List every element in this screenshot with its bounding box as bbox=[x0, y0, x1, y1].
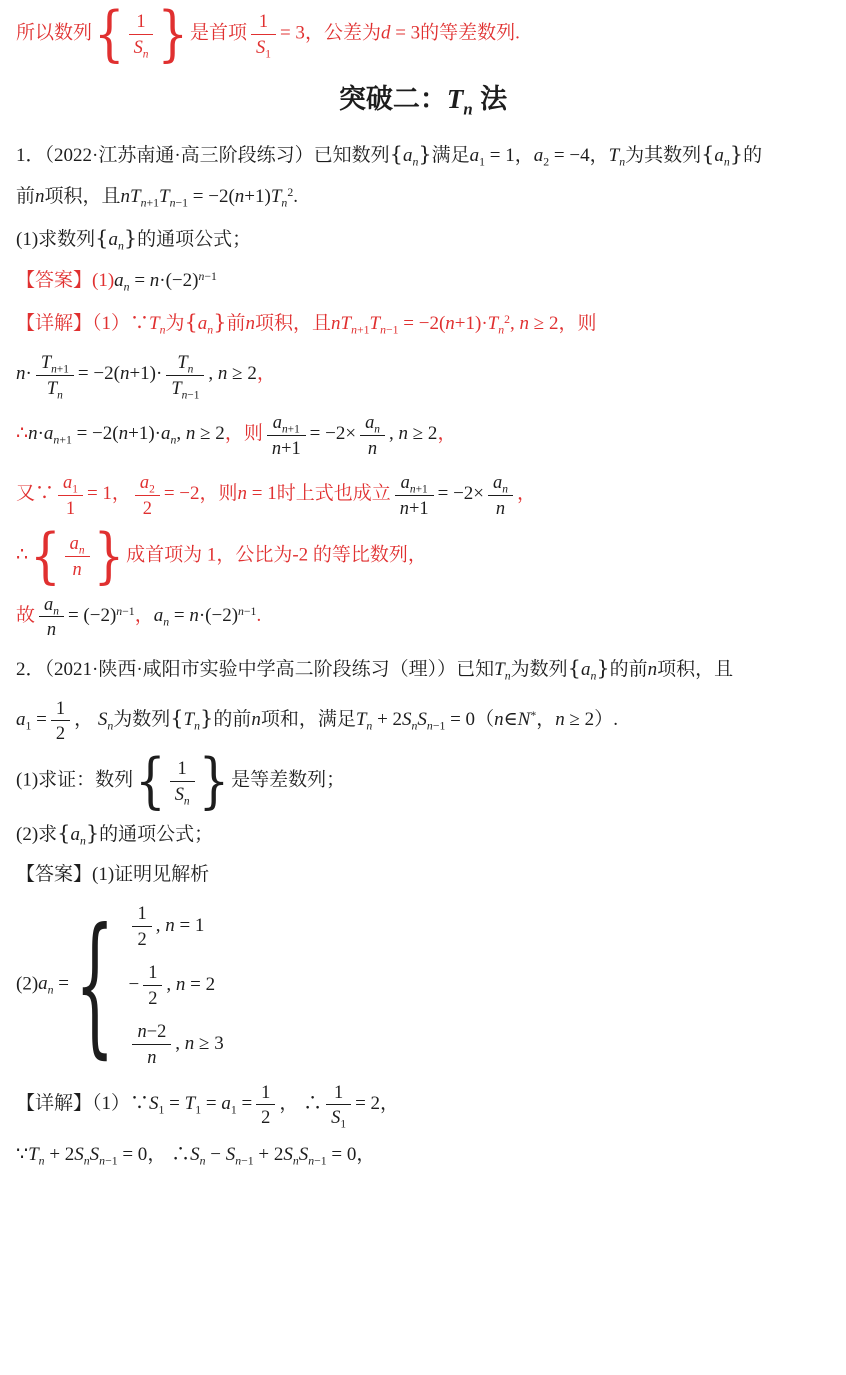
text-run: 前 bbox=[226, 313, 245, 334]
solution-eq-recurrence: ∴n·an+1 = −2(n+1)·an, n ≥ 2，则an+1n+1= −2… bbox=[16, 411, 830, 458]
cases-row: n−2n, n ≥ 3 bbox=[118, 1020, 223, 1067]
text-run: 为 bbox=[165, 313, 184, 334]
fraction-numerator: an+1 bbox=[267, 411, 306, 436]
math-run: a1 = 1 bbox=[470, 145, 515, 166]
text-run: ， bbox=[590, 145, 609, 166]
text-run: (1) bbox=[92, 270, 114, 291]
fraction: ann bbox=[65, 532, 90, 579]
fraction-numerator: 1 bbox=[129, 10, 154, 35]
braced-fraction: {1Sn} bbox=[135, 757, 229, 805]
text-run: ， bbox=[135, 605, 154, 626]
text-run: 满足 bbox=[432, 145, 470, 166]
problem-2-part-2: (2)求{an}的通项公式； bbox=[16, 818, 830, 849]
fraction-denominator: Sn bbox=[170, 782, 195, 805]
fraction-numerator: 1 bbox=[132, 902, 151, 927]
math-run: = −2× bbox=[310, 423, 356, 444]
solution-eq-initial-check: 又∵a11= 1，a22= −2，则n = 1时上式也成立an+1n+1= −2… bbox=[16, 471, 830, 518]
problem-2-solution-eq: ∵Tn + 2SnSn−1 = 0， ∴Sn − Sn−1 + 2SnSn−1 … bbox=[16, 1141, 830, 1169]
fraction: a22 bbox=[135, 471, 160, 518]
text-run: ∴ bbox=[16, 544, 28, 565]
text-run: ， ∴ bbox=[279, 1093, 322, 1114]
fraction: 12 bbox=[256, 1081, 275, 1128]
fraction: TnTn−1 bbox=[166, 351, 204, 398]
math-run: S1 = T1 = a1 = bbox=[149, 1093, 252, 1114]
math-run: , n ≥ 2 bbox=[389, 423, 437, 444]
math-run: d = 3 bbox=[381, 22, 420, 43]
problem-1-answer: 【答案】(1)an = n·(−2)n−1 bbox=[16, 267, 830, 295]
problem-1-solution-intro: 【详解】（1）∵Tn为{an}前n项积，且nTn+1Tn−1 = −2(n+1)… bbox=[16, 307, 830, 338]
math-run: {an} bbox=[568, 659, 610, 680]
fraction: 1Sn bbox=[170, 757, 195, 804]
problem-1-part-1: (1)求数列{an}的通项公式； bbox=[16, 223, 830, 254]
fraction-denominator: n bbox=[360, 436, 385, 459]
math-content: 所以数列{1Sn}是首项1S1= 3，公差为d = 3的等差数列.突破二：Tn … bbox=[0, 0, 846, 1169]
math-run: Tn bbox=[609, 145, 625, 166]
fraction-numerator: 1 bbox=[170, 757, 195, 782]
left-brace: { bbox=[135, 751, 166, 811]
math-run: n· bbox=[16, 363, 32, 384]
text-run: 项积，且 bbox=[657, 659, 733, 680]
fraction-numerator: 1 bbox=[326, 1081, 351, 1106]
section-title: 突破二：Tn 法 bbox=[16, 80, 830, 119]
text-run: ，则 bbox=[558, 313, 596, 334]
fraction-denominator: Sn bbox=[129, 35, 154, 58]
fraction-denominator: S1 bbox=[326, 1105, 351, 1128]
text-run: （ bbox=[475, 709, 494, 730]
fraction: ann bbox=[39, 593, 64, 640]
solution-geometric-conclusion: ∴{ann}成首项为 1，公比为-2 的等比数列， bbox=[16, 532, 830, 580]
math-run: n bbox=[35, 186, 45, 207]
text-run: 为其数列 bbox=[625, 145, 701, 166]
text-run: ， bbox=[356, 1144, 375, 1165]
right-brace: } bbox=[94, 526, 125, 586]
text-run: 【详解】（1）∵ bbox=[16, 1093, 149, 1114]
fraction-numerator: 1 bbox=[251, 10, 276, 35]
text-run: 的 bbox=[743, 145, 762, 166]
fraction-numerator: an bbox=[39, 593, 64, 618]
math-run: n bbox=[246, 313, 256, 334]
fraction-numerator: Tn bbox=[166, 351, 204, 376]
text-run: 【答案】(1)证明见解析 bbox=[16, 864, 209, 885]
text-run: 突破二： bbox=[339, 84, 447, 114]
math-run: n bbox=[251, 709, 261, 730]
fraction-denominator: n bbox=[488, 496, 513, 519]
fraction-denominator: Tn bbox=[36, 376, 74, 399]
fraction-denominator: 2 bbox=[143, 986, 162, 1009]
problem-2-answer-piecewise: (2)an ={12, n = 1−12, n = 2n−2n, n ≥ 3 bbox=[16, 902, 830, 1068]
fraction-denominator: 2 bbox=[256, 1105, 275, 1128]
math-run: n = 1 bbox=[238, 483, 277, 504]
fraction-denominator: n+1 bbox=[395, 496, 434, 519]
text-run: ， bbox=[112, 483, 131, 504]
cases-row: 12, n = 1 bbox=[118, 902, 223, 949]
fraction: ann bbox=[360, 411, 385, 458]
math-run: , n ≥ 3 bbox=[175, 1030, 223, 1058]
text-run: ， bbox=[437, 423, 456, 444]
text-run: ， bbox=[380, 1093, 399, 1114]
text-run: 前 bbox=[16, 186, 35, 207]
text-run: . bbox=[256, 605, 261, 626]
fraction-numerator: Tn+1 bbox=[36, 351, 74, 376]
math-run: , n = 1 bbox=[156, 912, 205, 940]
math-run: Tn + 2SnSn−1 = 0 bbox=[356, 709, 475, 730]
text-run: (1)求证：数列 bbox=[16, 769, 133, 790]
math-run: Tn bbox=[447, 84, 473, 114]
conclusion-line: 所以数列{1Sn}是首项1S1= 3，公差为d = 3的等差数列. bbox=[16, 10, 830, 58]
fraction: 1S1 bbox=[251, 10, 276, 57]
fraction-numerator: 1 bbox=[256, 1081, 275, 1106]
left-brace: { bbox=[30, 526, 61, 586]
math-run: = 1 bbox=[87, 483, 112, 504]
math-run: {an} bbox=[701, 145, 743, 166]
problem-2-statement: 2．（2021·陕西·咸阳市实验中学高二阶段练习（理））已知Tn为数列{an}的… bbox=[16, 653, 830, 684]
math-run: a1 = bbox=[16, 709, 47, 730]
text-run: 的等差数列. bbox=[420, 22, 520, 43]
text-run: 又∵ bbox=[16, 483, 54, 504]
fraction: a11 bbox=[58, 471, 83, 518]
math-run: = −2 bbox=[164, 483, 200, 504]
text-run: 所以数列 bbox=[16, 22, 92, 43]
fraction-denominator: n bbox=[39, 617, 64, 640]
fraction-numerator: a1 bbox=[58, 471, 83, 496]
text-run: 项积，且 bbox=[45, 186, 121, 207]
math-run: Sn bbox=[98, 709, 113, 730]
math-run: {Tn} bbox=[170, 709, 213, 730]
solution-eq-ratio: n·Tn+1Tn= −2(n+1)·TnTn−1, n ≥ 2， bbox=[16, 351, 830, 398]
fraction-denominator: 2 bbox=[132, 927, 151, 950]
problem-2-part-1: (1)求证：数列{1Sn}是等差数列； bbox=[16, 757, 830, 805]
problem-2-statement-2: a1 =12， Sn为数列{Tn}的前n项和，满足Tn + 2SnSn−1 = … bbox=[16, 697, 830, 744]
text-run: ， bbox=[517, 483, 536, 504]
math-run: = −2(n+1)· bbox=[78, 363, 162, 384]
math-run: a2 = −4 bbox=[534, 145, 590, 166]
fraction: an+1n+1 bbox=[267, 411, 306, 458]
text-run: ∴ bbox=[16, 423, 28, 444]
math-run: an = n·(−2)n−1 bbox=[154, 605, 257, 626]
math-run: , n = 2 bbox=[166, 971, 215, 999]
text-run: (1)求数列 bbox=[16, 229, 95, 250]
text-run: 成首项为 1，公比为-2 的等比数列， bbox=[126, 544, 427, 565]
text-run: (2)求 bbox=[16, 824, 57, 845]
text-run: 【答案】 bbox=[16, 270, 92, 291]
text-run: 的前 bbox=[213, 709, 251, 730]
text-run: 的前 bbox=[610, 659, 648, 680]
fraction-numerator: n−2 bbox=[132, 1020, 171, 1045]
fraction: n−2n bbox=[132, 1020, 171, 1067]
math-run: Tn bbox=[494, 659, 510, 680]
right-brace: } bbox=[157, 4, 188, 64]
text-run: 2．（2021·陕西·咸阳市实验中学高二阶段练习（理））已知 bbox=[16, 659, 494, 680]
math-run: = (−2)n−1 bbox=[68, 605, 135, 626]
math-run: {an} bbox=[95, 229, 137, 250]
fraction-denominator: 2 bbox=[51, 721, 70, 744]
math-run: , n ≥ 2 bbox=[208, 363, 256, 384]
fraction-denominator: n+1 bbox=[267, 436, 306, 459]
math-run: an = bbox=[38, 973, 69, 994]
piecewise-cases: {12, n = 1−12, n = 2n−2n, n ≥ 3 bbox=[75, 902, 224, 1068]
text-run: 法 bbox=[473, 84, 508, 114]
text-run: 【详解】（1）∵ bbox=[16, 313, 149, 334]
math-run: n ≥ 2 bbox=[555, 709, 594, 730]
math-run: − bbox=[128, 971, 139, 999]
math-run: = 3 bbox=[280, 22, 305, 43]
solution-final-formula: 故ann= (−2)n−1，an = n·(−2)n−1. bbox=[16, 593, 830, 640]
text-run: . bbox=[293, 186, 298, 207]
text-run: 是等差数列； bbox=[231, 769, 345, 790]
text-run: ，公差为 bbox=[305, 22, 381, 43]
math-run: {an} bbox=[185, 313, 227, 334]
math-run: nTn+1Tn−1 = −2(n+1)Tn2 bbox=[121, 186, 294, 207]
fraction-numerator: a2 bbox=[135, 471, 160, 496]
fraction: 12 bbox=[132, 902, 151, 949]
cases-row: −12, n = 2 bbox=[118, 961, 223, 1008]
text-run: 是首项 bbox=[190, 22, 247, 43]
fraction: 12 bbox=[143, 961, 162, 1008]
text-run: ， bbox=[536, 709, 555, 730]
math-run: nTn+1Tn−1 = −2(n+1)·Tn2, n ≥ 2 bbox=[331, 313, 558, 334]
text-run: 项积，且 bbox=[255, 313, 331, 334]
fraction: 12 bbox=[51, 697, 70, 744]
math-run: Sn − Sn−1 + 2SnSn−1 = 0 bbox=[190, 1144, 356, 1165]
fraction-numerator: an bbox=[65, 532, 90, 557]
text-run: 的通项公式； bbox=[99, 824, 213, 845]
fraction-numerator: 1 bbox=[51, 697, 70, 722]
text-run: ， bbox=[74, 709, 98, 730]
math-run: Tn bbox=[149, 313, 165, 334]
fraction: 1S1 bbox=[326, 1081, 351, 1128]
fraction-denominator: Tn−1 bbox=[166, 376, 204, 399]
fraction: an+1n+1 bbox=[395, 471, 434, 518]
text-run: (2) bbox=[16, 973, 38, 994]
text-run: ，则 bbox=[200, 483, 238, 504]
fraction: 1Sn bbox=[129, 10, 154, 57]
text-run: 项和，满足 bbox=[261, 709, 356, 730]
fraction-denominator: n bbox=[132, 1045, 171, 1068]
text-run: 为数列 bbox=[511, 659, 568, 680]
text-run: 的通项公式； bbox=[137, 229, 251, 250]
fraction: ann bbox=[488, 471, 513, 518]
text-run: ）. bbox=[594, 709, 618, 730]
fraction-denominator: S1 bbox=[251, 35, 276, 58]
text-run: ， bbox=[515, 145, 534, 166]
math-run: {an} bbox=[390, 145, 432, 166]
math-run: {an} bbox=[57, 824, 99, 845]
text-run: ， ∴ bbox=[147, 1144, 190, 1165]
math-run: an = n·(−2)n−1 bbox=[114, 270, 217, 291]
text-run: ∵ bbox=[16, 1144, 28, 1165]
math-run: = 2 bbox=[355, 1093, 380, 1114]
text-run: 为数列 bbox=[113, 709, 170, 730]
problem-2-solution-intro: 【详解】（1）∵S1 = T1 = a1 =12， ∴1S1= 2， bbox=[16, 1081, 830, 1128]
fraction-numerator: an bbox=[488, 471, 513, 496]
braced-fraction: {ann} bbox=[30, 532, 124, 580]
text-run: ， bbox=[257, 363, 276, 384]
fraction-numerator: 1 bbox=[143, 961, 162, 986]
problem-1-statement-2: 前n项积，且nTn+1Tn−1 = −2(n+1)Tn2. bbox=[16, 183, 830, 211]
text-run: 则 bbox=[244, 423, 263, 444]
fraction-denominator: 2 bbox=[135, 496, 160, 519]
cases-left-brace: { bbox=[75, 909, 114, 1061]
math-run: = −2× bbox=[438, 483, 484, 504]
fraction-denominator: n bbox=[65, 557, 90, 580]
math-run: n∈N* bbox=[494, 709, 536, 730]
math-run: n·an+1 = −2(n+1)·an, n ≥ 2 bbox=[28, 423, 225, 444]
math-run: Tn + 2SnSn−1 = 0 bbox=[28, 1144, 147, 1165]
fraction: Tn+1Tn bbox=[36, 351, 74, 398]
fraction-denominator: 1 bbox=[58, 496, 83, 519]
problem-1-statement: 1．（2022·江苏南通·高三阶段练习）已知数列{an}满足a1 = 1，a2 … bbox=[16, 139, 830, 170]
fraction-numerator: an bbox=[360, 411, 385, 436]
fraction-numerator: an+1 bbox=[395, 471, 434, 496]
math-run: n bbox=[648, 659, 658, 680]
text-run: 时上式也成立 bbox=[277, 483, 391, 504]
right-brace: } bbox=[199, 751, 230, 811]
text-run: 1．（2022·江苏南通·高三阶段练习）已知数列 bbox=[16, 145, 390, 166]
text-run: 故 bbox=[16, 605, 35, 626]
problem-2-answer: 【答案】(1)证明见解析 bbox=[16, 861, 830, 889]
braced-fraction: {1Sn} bbox=[94, 10, 188, 58]
text-run: ， bbox=[225, 423, 244, 444]
left-brace: { bbox=[94, 4, 125, 64]
document-page: { "page": {"background": "#ffffff", "wid… bbox=[0, 0, 846, 1375]
cases-rows: 12, n = 1−12, n = 2n−2n, n ≥ 3 bbox=[118, 902, 223, 1068]
